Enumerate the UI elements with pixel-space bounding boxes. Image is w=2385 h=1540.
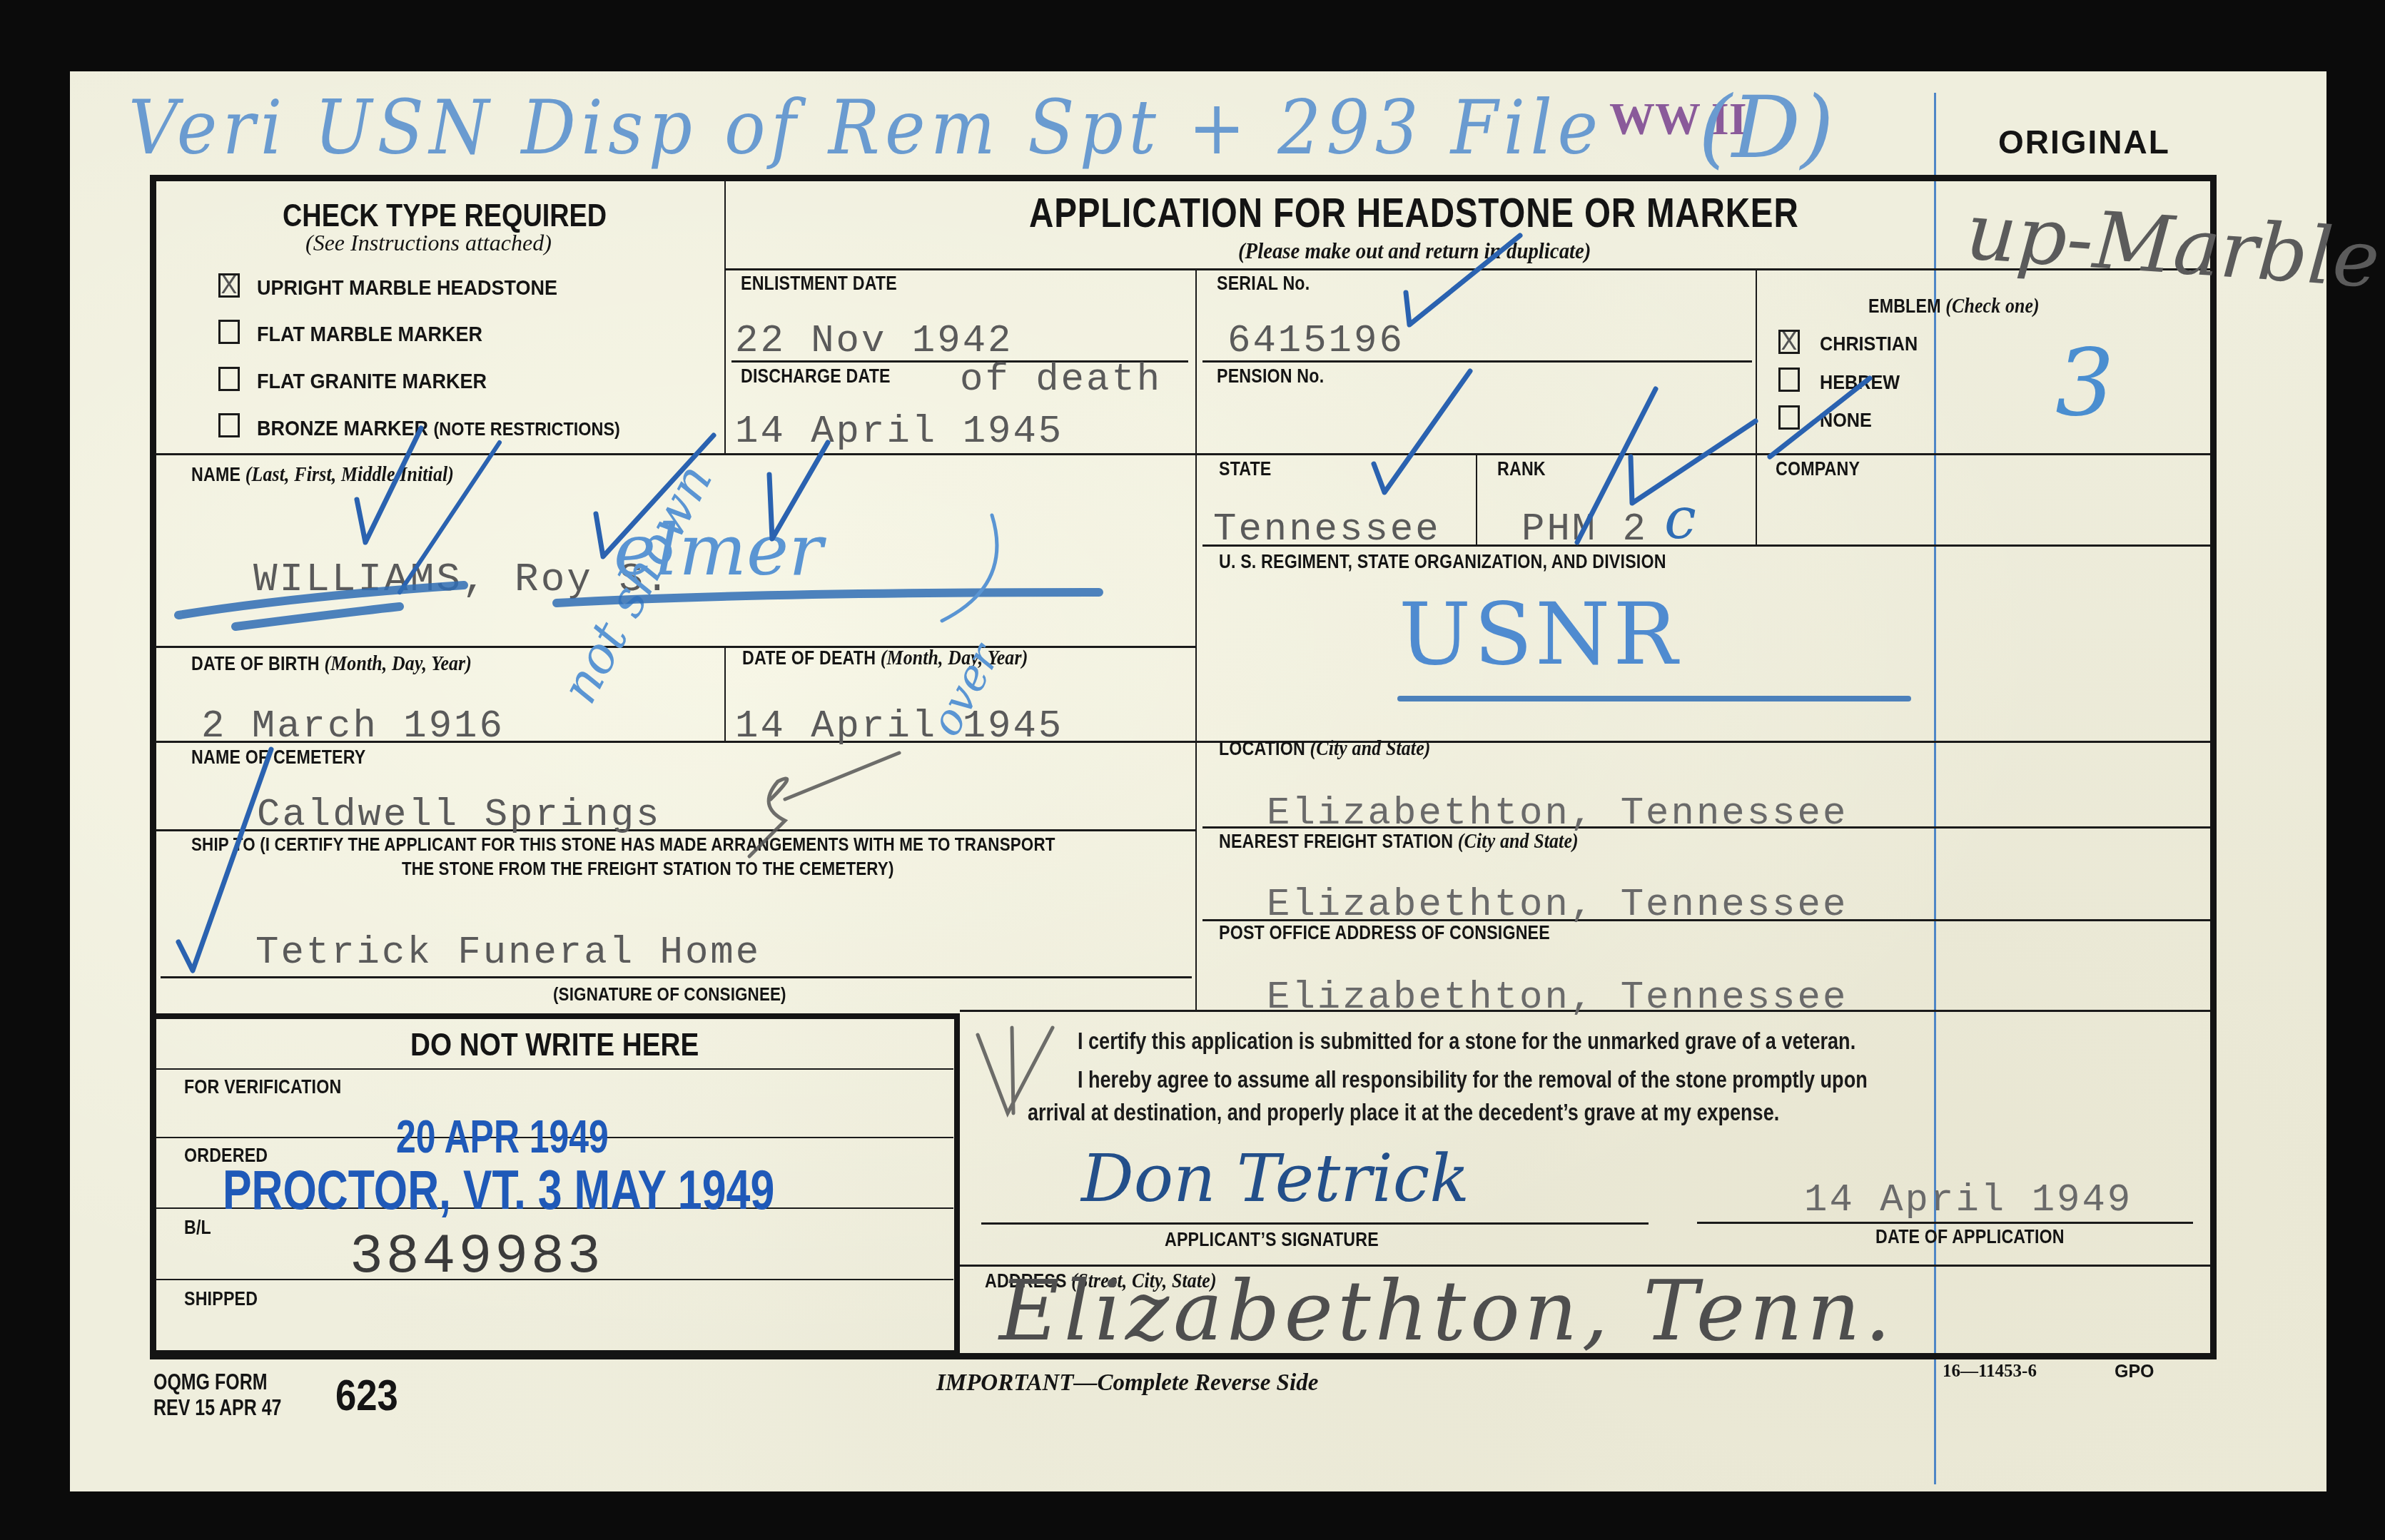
footer-print-code: 16—11453-6 bbox=[1943, 1362, 2037, 1382]
name-label: NAME (Last, First, Middle Initial) bbox=[191, 462, 454, 487]
address-handwritten-value[interactable]: Elizabethton, Tenn. bbox=[999, 1263, 1895, 1359]
office-bl-label: B/L bbox=[184, 1217, 211, 1239]
cemetery-label: NAME OF CEMETERY bbox=[191, 746, 365, 769]
proctor-shipping-stamp: PROCTOR, VT. 3 MAY 1949 bbox=[223, 1157, 774, 1222]
name-label-text: NAME bbox=[191, 464, 240, 485]
state-label: STATE bbox=[1219, 458, 1272, 480]
rank-handwritten-suffix: c bbox=[1664, 485, 1696, 552]
footer-printer: GPO bbox=[2115, 1362, 2154, 1382]
certification-line-2: I hereby agree to assume all responsibil… bbox=[1078, 1066, 1868, 1093]
original-label: ORIGINAL bbox=[1998, 123, 2170, 161]
checkbox-none[interactable] bbox=[1778, 405, 1800, 430]
enlistment-date-label: ENLISTMENT DATE bbox=[741, 273, 897, 295]
office-use-heading: DO NOT WRITE HERE bbox=[410, 1028, 699, 1063]
option-bronze-label: BRONZE MARKER bbox=[257, 417, 428, 440]
serial-no-label: SERIAL No. bbox=[1217, 273, 1310, 295]
discharge-date-annotation: of death bbox=[960, 358, 1162, 402]
discharge-date-value[interactable]: 14 April 1945 bbox=[735, 410, 1063, 454]
form-id-line1: OQMG FORM bbox=[153, 1369, 281, 1394]
check-type-heading: CHECK TYPE REQUIRED bbox=[283, 198, 607, 234]
rank-label: RANK bbox=[1497, 458, 1546, 480]
option-flat-marble: FLAT MARBLE MARKER bbox=[257, 323, 482, 347]
footer-important: IMPORTANT—Complete Reverse Side bbox=[936, 1370, 1318, 1397]
date-of-application-value[interactable]: 14 April 1949 bbox=[1804, 1179, 2132, 1222]
cemetery-value[interactable]: Caldwell Springs bbox=[257, 794, 661, 837]
applicant-signature-line bbox=[981, 1222, 1649, 1225]
divider-rank-company bbox=[1756, 455, 1757, 544]
emblem-label-text: EMBLEM bbox=[1868, 295, 1941, 317]
ship-to-label: SHIP TO (I CERTIFY THE APPLICANT FOR THI… bbox=[191, 834, 1055, 856]
dob-label: DATE OF BIRTH (Month, Day, Year) bbox=[191, 652, 472, 676]
divider-serial-emblem bbox=[1756, 270, 1757, 454]
ordered-date-stamp: 20 APR 1949 bbox=[396, 1110, 609, 1163]
post-office-value[interactable]: Elizabethton, Tennessee bbox=[1267, 976, 1848, 1020]
checkbox-bronze[interactable] bbox=[218, 413, 240, 437]
top-annotation-handwritten: Veri USN Disp of Rem Spt + 293 File bbox=[128, 84, 1603, 171]
freight-station-label-hint: (City and State) bbox=[1458, 829, 1579, 853]
applicant-signature-caption: APPLICANT’S SIGNATURE bbox=[1165, 1229, 1379, 1251]
location-label-text: LOCATION bbox=[1219, 738, 1305, 759]
divider-checktype bbox=[724, 180, 726, 455]
emblem-handwritten-code: 3 bbox=[2055, 328, 2115, 437]
dob-value[interactable]: 2 March 1916 bbox=[201, 705, 505, 749]
form-title: APPLICATION FOR HEADSTONE OR MARKER bbox=[1029, 189, 1799, 237]
ship-to-value[interactable]: Tetrick Funeral Home bbox=[255, 931, 761, 975]
dod-value[interactable]: 14 April 1945 bbox=[735, 705, 1063, 749]
emblem-christian: CHRISTIAN bbox=[1820, 333, 1918, 355]
company-label: COMPANY bbox=[1776, 458, 1860, 480]
date-of-application-line bbox=[1697, 1222, 2193, 1224]
enlistment-date-value[interactable]: 22 Nov 1942 bbox=[735, 320, 1013, 363]
form-number: 623 bbox=[335, 1370, 398, 1421]
emblem-label-hint: (Check one) bbox=[1945, 294, 2040, 318]
form-id-line2: REV 15 APR 47 bbox=[153, 1394, 281, 1420]
emblem-none: NONE bbox=[1820, 409, 1872, 432]
form-id: OQMG FORM REV 15 APR 47 bbox=[153, 1369, 281, 1420]
checkbox-flat-granite[interactable] bbox=[218, 367, 240, 391]
office-row-line-1 bbox=[156, 1068, 953, 1070]
consignee-signature-line bbox=[161, 976, 1192, 978]
certification-line-3: arrival at destination, and properly pla… bbox=[1028, 1099, 1779, 1126]
regiment-label: U. S. REGIMENT, STATE ORGANIZATION, AND … bbox=[1219, 551, 1666, 573]
certification-line-1: I certify this application is submitted … bbox=[1078, 1028, 1855, 1055]
office-shipped-label: SHIPPED bbox=[184, 1288, 258, 1310]
name-label-hint: (Last, First, Middle Initial) bbox=[245, 462, 454, 486]
circled-d-annotation: (D) bbox=[1698, 78, 1834, 178]
serial-no-value[interactable]: 6415196 bbox=[1227, 320, 1404, 363]
applicant-signature[interactable]: Don Tetrick bbox=[1081, 1140, 1469, 1217]
checkbox-upright-marble[interactable]: X bbox=[218, 273, 240, 298]
regiment-value[interactable]: USNR bbox=[1399, 585, 1681, 684]
state-value[interactable]: Tennessee bbox=[1213, 508, 1441, 552]
office-row-line-4 bbox=[156, 1279, 953, 1280]
rank-value[interactable]: PHM 2 bbox=[1521, 508, 1648, 552]
emblem-hebrew: HEBREW bbox=[1820, 371, 1900, 394]
office-for-verification-label: FOR VERIFICATION bbox=[184, 1076, 341, 1098]
option-upright-marble: UPRIGHT MARBLE HEADSTONE bbox=[257, 276, 557, 300]
name-bottom-line bbox=[156, 646, 1195, 648]
dob-label-text: DATE OF BIRTH bbox=[191, 653, 320, 674]
pension-no-label: PENSION No. bbox=[1217, 365, 1324, 387]
option-bronze-note: (NOTE RESTRICTIONS) bbox=[434, 418, 620, 440]
row-635 bbox=[156, 453, 2210, 455]
checkbox-christian[interactable]: X bbox=[1778, 330, 1800, 354]
post-office-label: POST OFFICE ADDRESS OF CONSIGNEE bbox=[1219, 922, 1550, 944]
date-of-application-caption: DATE OF APPLICATION bbox=[1875, 1226, 2065, 1248]
ship-to-label-line2: THE STONE FROM THE FREIGHT STATION TO TH… bbox=[402, 858, 894, 880]
location-label: LOCATION (City and State) bbox=[1219, 736, 1431, 761]
discharge-date-label: DISCHARGE DATE bbox=[741, 365, 891, 387]
divider-dob-dod bbox=[724, 646, 726, 742]
checkbox-flat-marble[interactable] bbox=[218, 320, 240, 344]
location-label-hint: (City and State) bbox=[1310, 736, 1431, 760]
divider-enlist-serial bbox=[1195, 270, 1197, 1012]
consignee-signature-caption: (SIGNATURE OF CONSIGNEE) bbox=[553, 983, 786, 1005]
form-subtitle: (Please make out and return in duplicate… bbox=[1238, 238, 1591, 264]
emblem-label: EMBLEM (Check one) bbox=[1868, 294, 2040, 318]
dob-label-hint: (Month, Day, Year) bbox=[324, 652, 472, 675]
divider-state-rank bbox=[1476, 455, 1477, 544]
option-bronze: BRONZE MARKER (NOTE RESTRICTIONS) bbox=[257, 417, 620, 441]
freight-station-value[interactable]: Elizabethton, Tennessee bbox=[1267, 883, 1848, 927]
regiment-underline-pencil bbox=[1397, 696, 1911, 701]
freight-station-label: NEAREST FREIGHT STATION (City and State) bbox=[1219, 829, 1579, 853]
freight-station-label-text: NEAREST FREIGHT STATION bbox=[1219, 831, 1453, 852]
checkbox-hebrew[interactable] bbox=[1778, 368, 1800, 392]
option-flat-granite: FLAT GRANITE MARKER bbox=[257, 370, 487, 394]
dod-label-text: DATE OF DEATH bbox=[742, 647, 876, 669]
check-type-instructions: (See Instructions attached) bbox=[305, 230, 552, 256]
